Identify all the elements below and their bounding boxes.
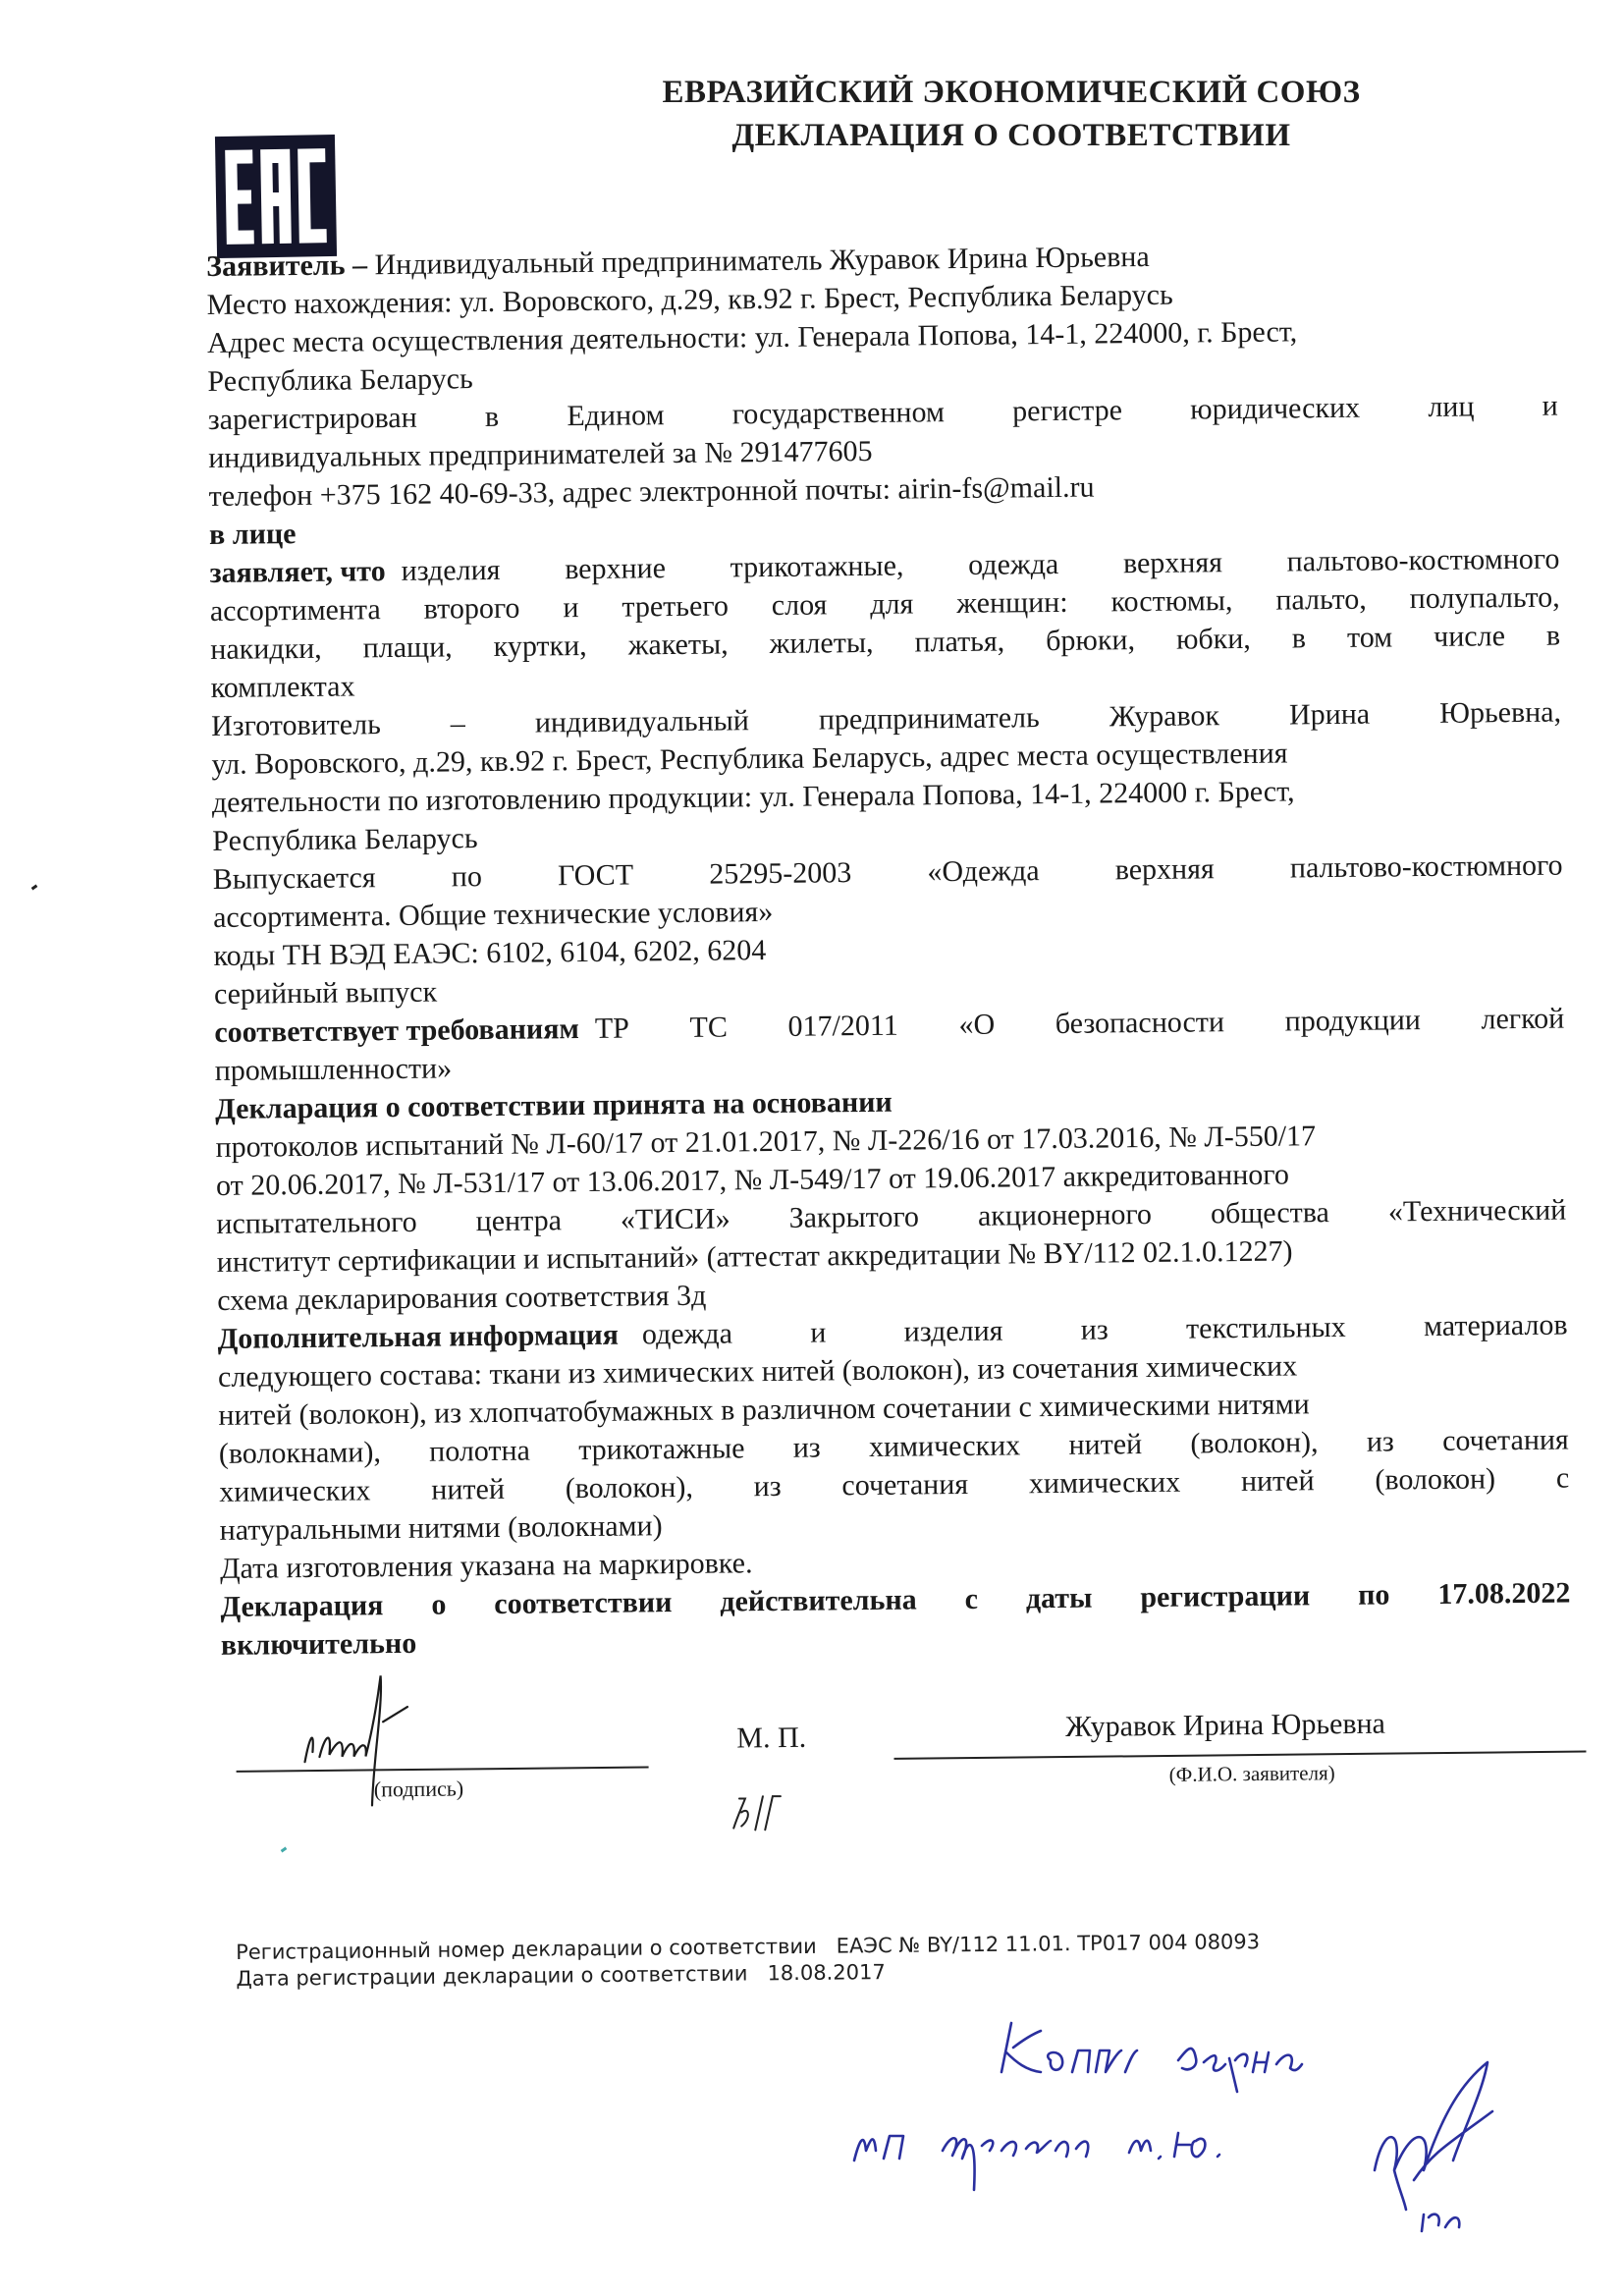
- word: верхние: [565, 549, 666, 588]
- word: слоя: [772, 585, 828, 625]
- word: второго: [424, 589, 520, 629]
- registration-info: Регистрационный номер декларации о соотв…: [236, 1929, 1260, 1993]
- word: Юрьевна,: [1439, 693, 1561, 733]
- word: о: [431, 1586, 446, 1624]
- stamp-place-label: М. П.: [736, 1722, 806, 1756]
- word: материалов: [1424, 1306, 1568, 1346]
- word: «Технический: [1388, 1191, 1567, 1231]
- additional-label: Дополнительная информация: [217, 1316, 619, 1358]
- word: с: [964, 1580, 978, 1618]
- scan-artifact: [31, 885, 38, 891]
- word: соответствии: [494, 1583, 673, 1623]
- word: индивидуальный: [535, 701, 749, 741]
- word: по: [1358, 1575, 1390, 1613]
- word: продукции: [1284, 1001, 1421, 1040]
- name-line: [894, 1750, 1587, 1759]
- word: легкой: [1481, 1000, 1564, 1039]
- word: (волокон): [1375, 1459, 1495, 1499]
- word: из: [1367, 1422, 1394, 1460]
- word: общества: [1211, 1193, 1329, 1232]
- word: накидки,: [210, 629, 322, 669]
- word: сочетания: [841, 1465, 968, 1504]
- union-title: ЕВРАЗИЙСКИЙ ЭКОНОМИЧЕСКИЙ СОЮЗ: [569, 71, 1453, 114]
- word: нитей: [431, 1470, 505, 1509]
- word: жакеты,: [628, 625, 729, 664]
- word: Декларация: [220, 1586, 383, 1626]
- word: полупальто,: [1409, 578, 1559, 619]
- word: ГОСТ: [558, 855, 633, 895]
- declares-label: заявляет, что: [209, 552, 386, 592]
- word: химических: [1029, 1463, 1181, 1503]
- word: по: [452, 857, 482, 896]
- word: трикотажные,: [730, 547, 904, 587]
- word: предприниматель: [819, 698, 1040, 738]
- name-caption: (Ф.И.О. заявителя): [1169, 1761, 1335, 1787]
- declaration-body: Заявитель – Индивидуальный предпринимате…: [206, 234, 1571, 1665]
- word: одежда: [968, 545, 1058, 584]
- word: безопасности: [1055, 1003, 1225, 1043]
- conformity-label: соответствует требованиям: [214, 1010, 579, 1052]
- word: брюки,: [1046, 621, 1135, 660]
- word: Закрытого: [788, 1197, 919, 1236]
- word: «ТИСИ»: [621, 1199, 730, 1238]
- eac-mark-icon: [215, 135, 337, 258]
- word: ТР: [595, 1010, 629, 1048]
- word: «О: [958, 1006, 995, 1044]
- word: пальтово-костюмного: [1287, 540, 1560, 581]
- word: для: [870, 584, 913, 623]
- applicant-full-name: Журавок Ирина Юрьевна: [1065, 1708, 1385, 1744]
- word: химических: [869, 1426, 1021, 1466]
- word: в: [1292, 619, 1307, 657]
- word: центра: [476, 1201, 563, 1240]
- word: зарегистрирован: [208, 399, 417, 439]
- applicant-label: Заявитель –: [206, 248, 367, 283]
- word: куртки,: [494, 627, 587, 666]
- word: химических: [219, 1471, 371, 1511]
- word: трикотажные: [578, 1429, 745, 1469]
- word: в: [485, 398, 500, 436]
- word: плащи,: [362, 628, 452, 667]
- word: Выпускается: [213, 858, 376, 899]
- word: в: [1546, 617, 1561, 655]
- word: лиц: [1428, 387, 1474, 425]
- word: регистрации: [1140, 1576, 1310, 1616]
- word: государственном: [732, 393, 946, 433]
- word: (волокон),: [566, 1468, 694, 1507]
- word: 17.08.2022: [1437, 1574, 1570, 1613]
- word: с: [1556, 1459, 1570, 1498]
- word: нитей: [1241, 1461, 1315, 1501]
- declaration-title: ДЕКЛАРАЦИЯ О СООТВЕТСТВИИ: [569, 114, 1453, 157]
- word: изделия: [401, 551, 500, 590]
- word: ассортимента: [210, 590, 381, 630]
- word: испытательного: [216, 1203, 417, 1243]
- document-header: ЕВРАЗИЙСКИЙ ЭКОНОМИЧЕСКИЙ СОЮЗ ДЕКЛАРАЦИ…: [569, 71, 1453, 157]
- word: верхняя: [1115, 849, 1215, 889]
- word: юридических: [1190, 389, 1360, 429]
- word: 25295-2003: [709, 853, 851, 894]
- applicant-name: Индивидуальный предприниматель Журавок И…: [367, 241, 1150, 281]
- word: Журавок: [1109, 696, 1220, 736]
- word: из: [793, 1429, 821, 1467]
- word: Ирина: [1289, 695, 1370, 735]
- word: том: [1347, 618, 1393, 656]
- word: женщин:: [956, 583, 1068, 623]
- declaration-page: ЕВРАЗИЙСКИЙ ЭКОНОМИЧЕСКИЙ СОЮЗ ДЕКЛАРАЦИ…: [0, 0, 1623, 2296]
- word: и: [1542, 387, 1557, 425]
- word: пальто,: [1275, 580, 1367, 620]
- word: даты: [1026, 1579, 1093, 1618]
- word: полотна: [429, 1432, 530, 1471]
- word: костюмы,: [1110, 581, 1232, 621]
- word: (волокнами),: [219, 1433, 381, 1473]
- word: пальтово-костюмного: [1290, 847, 1563, 888]
- word: действительна: [720, 1580, 917, 1620]
- word: из: [753, 1467, 781, 1505]
- word: текстильных: [1186, 1308, 1346, 1348]
- word: (волокон),: [1190, 1423, 1319, 1462]
- word: юбки,: [1176, 620, 1251, 659]
- word: третьего: [622, 586, 729, 626]
- word: и: [810, 1313, 826, 1351]
- word: платья,: [914, 623, 1004, 662]
- word: изделия: [903, 1312, 1002, 1351]
- word: верхняя: [1123, 543, 1222, 582]
- word: числе: [1434, 617, 1505, 656]
- word: из: [1081, 1310, 1109, 1348]
- word: жилеты,: [769, 624, 873, 663]
- certified-copy-note: Копия верна ИП Журавок И.Ю.: [805, 2003, 1610, 2283]
- word: –: [451, 704, 465, 742]
- word: регистре: [1012, 391, 1122, 430]
- word: акционерного: [978, 1195, 1152, 1235]
- word: 017/2011: [787, 1007, 898, 1046]
- word: нитей: [1068, 1425, 1142, 1464]
- word: «Одежда: [927, 851, 1040, 891]
- word: ТС: [689, 1008, 728, 1046]
- word: сочетания: [1442, 1421, 1569, 1460]
- word: и: [563, 588, 578, 627]
- word: Едином: [567, 396, 665, 435]
- signature-caption: (подпись): [374, 1776, 464, 1802]
- signature-block: (подпись) М. П. Журавок Ирина Юрьевна (Ф…: [226, 1699, 1592, 1861]
- handwritten-date: [728, 1788, 787, 1843]
- word: одежда: [642, 1314, 732, 1353]
- word: Изготовитель: [211, 705, 381, 745]
